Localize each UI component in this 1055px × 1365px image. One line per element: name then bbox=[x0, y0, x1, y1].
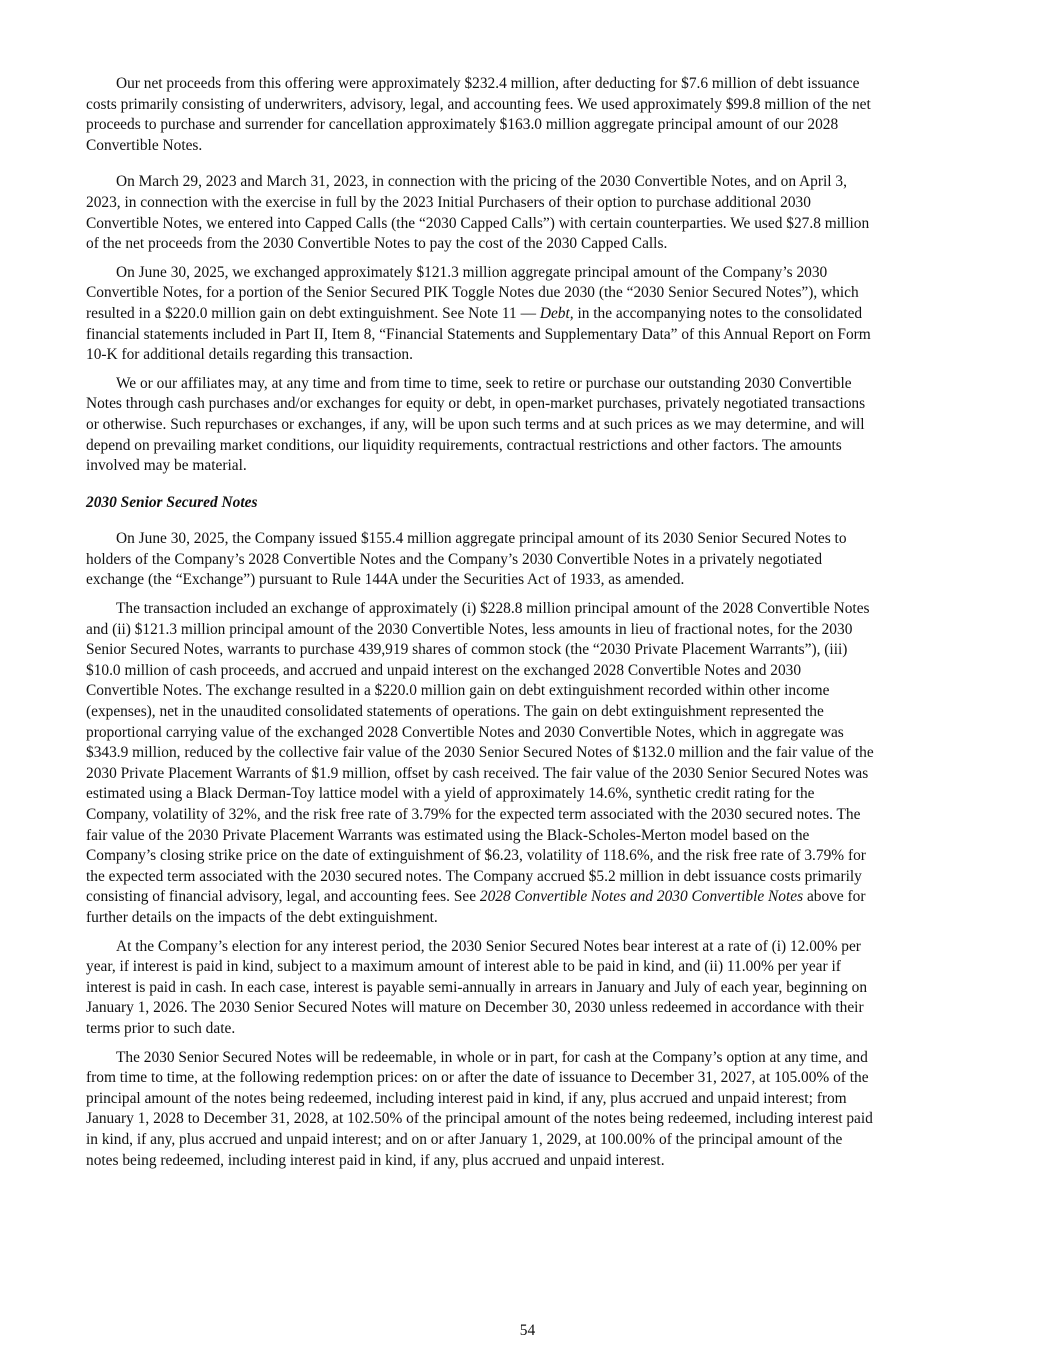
text-line: of the net proceeds from the 2030 Conver… bbox=[86, 234, 976, 255]
text-line: the expected term associated with the 20… bbox=[86, 867, 976, 888]
text-line: Convertible Notes, for a portion of the … bbox=[86, 283, 976, 304]
text-line: proceeds to purchase and surrender for c… bbox=[86, 115, 976, 136]
paragraph-june-exchange: On June 30, 2025, we exchanged approxima… bbox=[86, 263, 976, 366]
text-line: Convertible Notes. The exchange resulted… bbox=[86, 681, 976, 702]
text-line: and (ii) $121.3 million principal amount… bbox=[86, 620, 976, 641]
text-line: exchange (the “Exchange”) pursuant to Ru… bbox=[86, 570, 976, 591]
text-line: year, if interest is paid in kind, subje… bbox=[86, 957, 976, 978]
paragraph-redemption: The 2030 Senior Secured Notes will be re… bbox=[86, 1048, 976, 1172]
text-line: financial statements included in Part II… bbox=[86, 325, 976, 346]
text-run: in the accompanying notes to the consoli… bbox=[574, 305, 863, 322]
section-heading: 2030 Senior Secured Notes bbox=[86, 493, 976, 514]
text-line: January 1, 2028 to December 31, 2028, at… bbox=[86, 1109, 976, 1130]
text-line: consisting of financial advisory, legal,… bbox=[86, 887, 976, 908]
text-line: $10.0 million of cash proceeds, and accr… bbox=[86, 661, 976, 682]
text-line: $343.9 million, reduced by the collectiv… bbox=[86, 743, 976, 764]
text-line: 2023, in connection with the exercise in… bbox=[86, 193, 976, 214]
text-run: consisting of financial advisory, legal,… bbox=[86, 888, 480, 905]
text-line: We or our affiliates may, at any time an… bbox=[86, 374, 976, 395]
text-line: January 1, 2026. The 2030 Senior Secured… bbox=[86, 998, 976, 1019]
text-line: depend on prevailing market conditions, … bbox=[86, 436, 976, 457]
text-line: 10-K for additional details regarding th… bbox=[86, 345, 976, 366]
text-run: above for bbox=[803, 888, 865, 905]
text-line: further details on the impacts of the de… bbox=[86, 908, 976, 929]
text-line: On June 30, 2025, we exchanged approxima… bbox=[86, 263, 976, 284]
paragraph-capped-calls: On March 29, 2023 and March 31, 2023, in… bbox=[86, 172, 976, 254]
text-run: resulted in a $220.0 million gain on deb… bbox=[86, 305, 540, 322]
text-line: The 2030 Senior Secured Notes will be re… bbox=[86, 1048, 976, 1069]
text-line: from time to time, at the following rede… bbox=[86, 1068, 976, 1089]
text-line: Company’s closing strike price on the da… bbox=[86, 846, 976, 867]
text-line: Convertible Notes. bbox=[86, 136, 976, 157]
text-line: involved may be material. bbox=[86, 456, 976, 477]
text-line: or otherwise. Such repurchases or exchan… bbox=[86, 415, 976, 436]
text-line: holders of the Company’s 2028 Convertibl… bbox=[86, 550, 976, 571]
text-line: interest is paid in cash. In each case, … bbox=[86, 978, 976, 999]
paragraph-interest: At the Company’s election for any intere… bbox=[86, 937, 976, 1040]
text-line: terms prior to such date. bbox=[86, 1019, 976, 1040]
text-line: in kind, if any, plus accrued and unpaid… bbox=[86, 1130, 976, 1151]
text-line: (expenses), net in the unaudited consoli… bbox=[86, 702, 976, 723]
text-line: On June 30, 2025, the Company issued $15… bbox=[86, 529, 976, 550]
paragraph-affiliates: We or our affiliates may, at any time an… bbox=[86, 374, 976, 477]
document-page: Our net proceeds from this offering were… bbox=[86, 74, 976, 1171]
text-line: fair value of the 2030 Private Placement… bbox=[86, 826, 976, 847]
page-number: 54 bbox=[0, 1322, 1055, 1340]
text-line: resulted in a $220.0 million gain on deb… bbox=[86, 304, 976, 325]
text-line: Convertible Notes, we entered into Cappe… bbox=[86, 214, 976, 235]
text-line: Senior Secured Notes, warrants to purcha… bbox=[86, 640, 976, 661]
text-line: Notes through cash purchases and/or exch… bbox=[86, 394, 976, 415]
text-line: At the Company’s election for any intere… bbox=[86, 937, 976, 958]
text-line: estimated using a Black Derman-Toy latti… bbox=[86, 784, 976, 805]
paragraph-issuance: On June 30, 2025, the Company issued $15… bbox=[86, 529, 976, 591]
text-line: principal amount of the notes being rede… bbox=[86, 1089, 976, 1110]
text-line: Company, volatility of 32%, and the risk… bbox=[86, 805, 976, 826]
paragraph-transaction: The transaction included an exchange of … bbox=[86, 599, 976, 929]
text-line: proportional carrying value of the excha… bbox=[86, 723, 976, 744]
text-line: 2030 Private Placement Warrants of $1.9 … bbox=[86, 764, 976, 785]
text-line: Our net proceeds from this offering were… bbox=[86, 74, 976, 95]
paragraph-net-proceeds: Our net proceeds from this offering were… bbox=[86, 74, 976, 156]
text-line: On March 29, 2023 and March 31, 2023, in… bbox=[86, 172, 976, 193]
text-line: The transaction included an exchange of … bbox=[86, 599, 976, 620]
text-line: costs primarily consisting of underwrite… bbox=[86, 95, 976, 116]
note-reference-debt: Debt, bbox=[540, 305, 574, 322]
cross-reference-convertible-notes: 2028 Convertible Notes and 2030 Converti… bbox=[480, 888, 803, 905]
text-line: notes being redeemed, including interest… bbox=[86, 1151, 976, 1172]
